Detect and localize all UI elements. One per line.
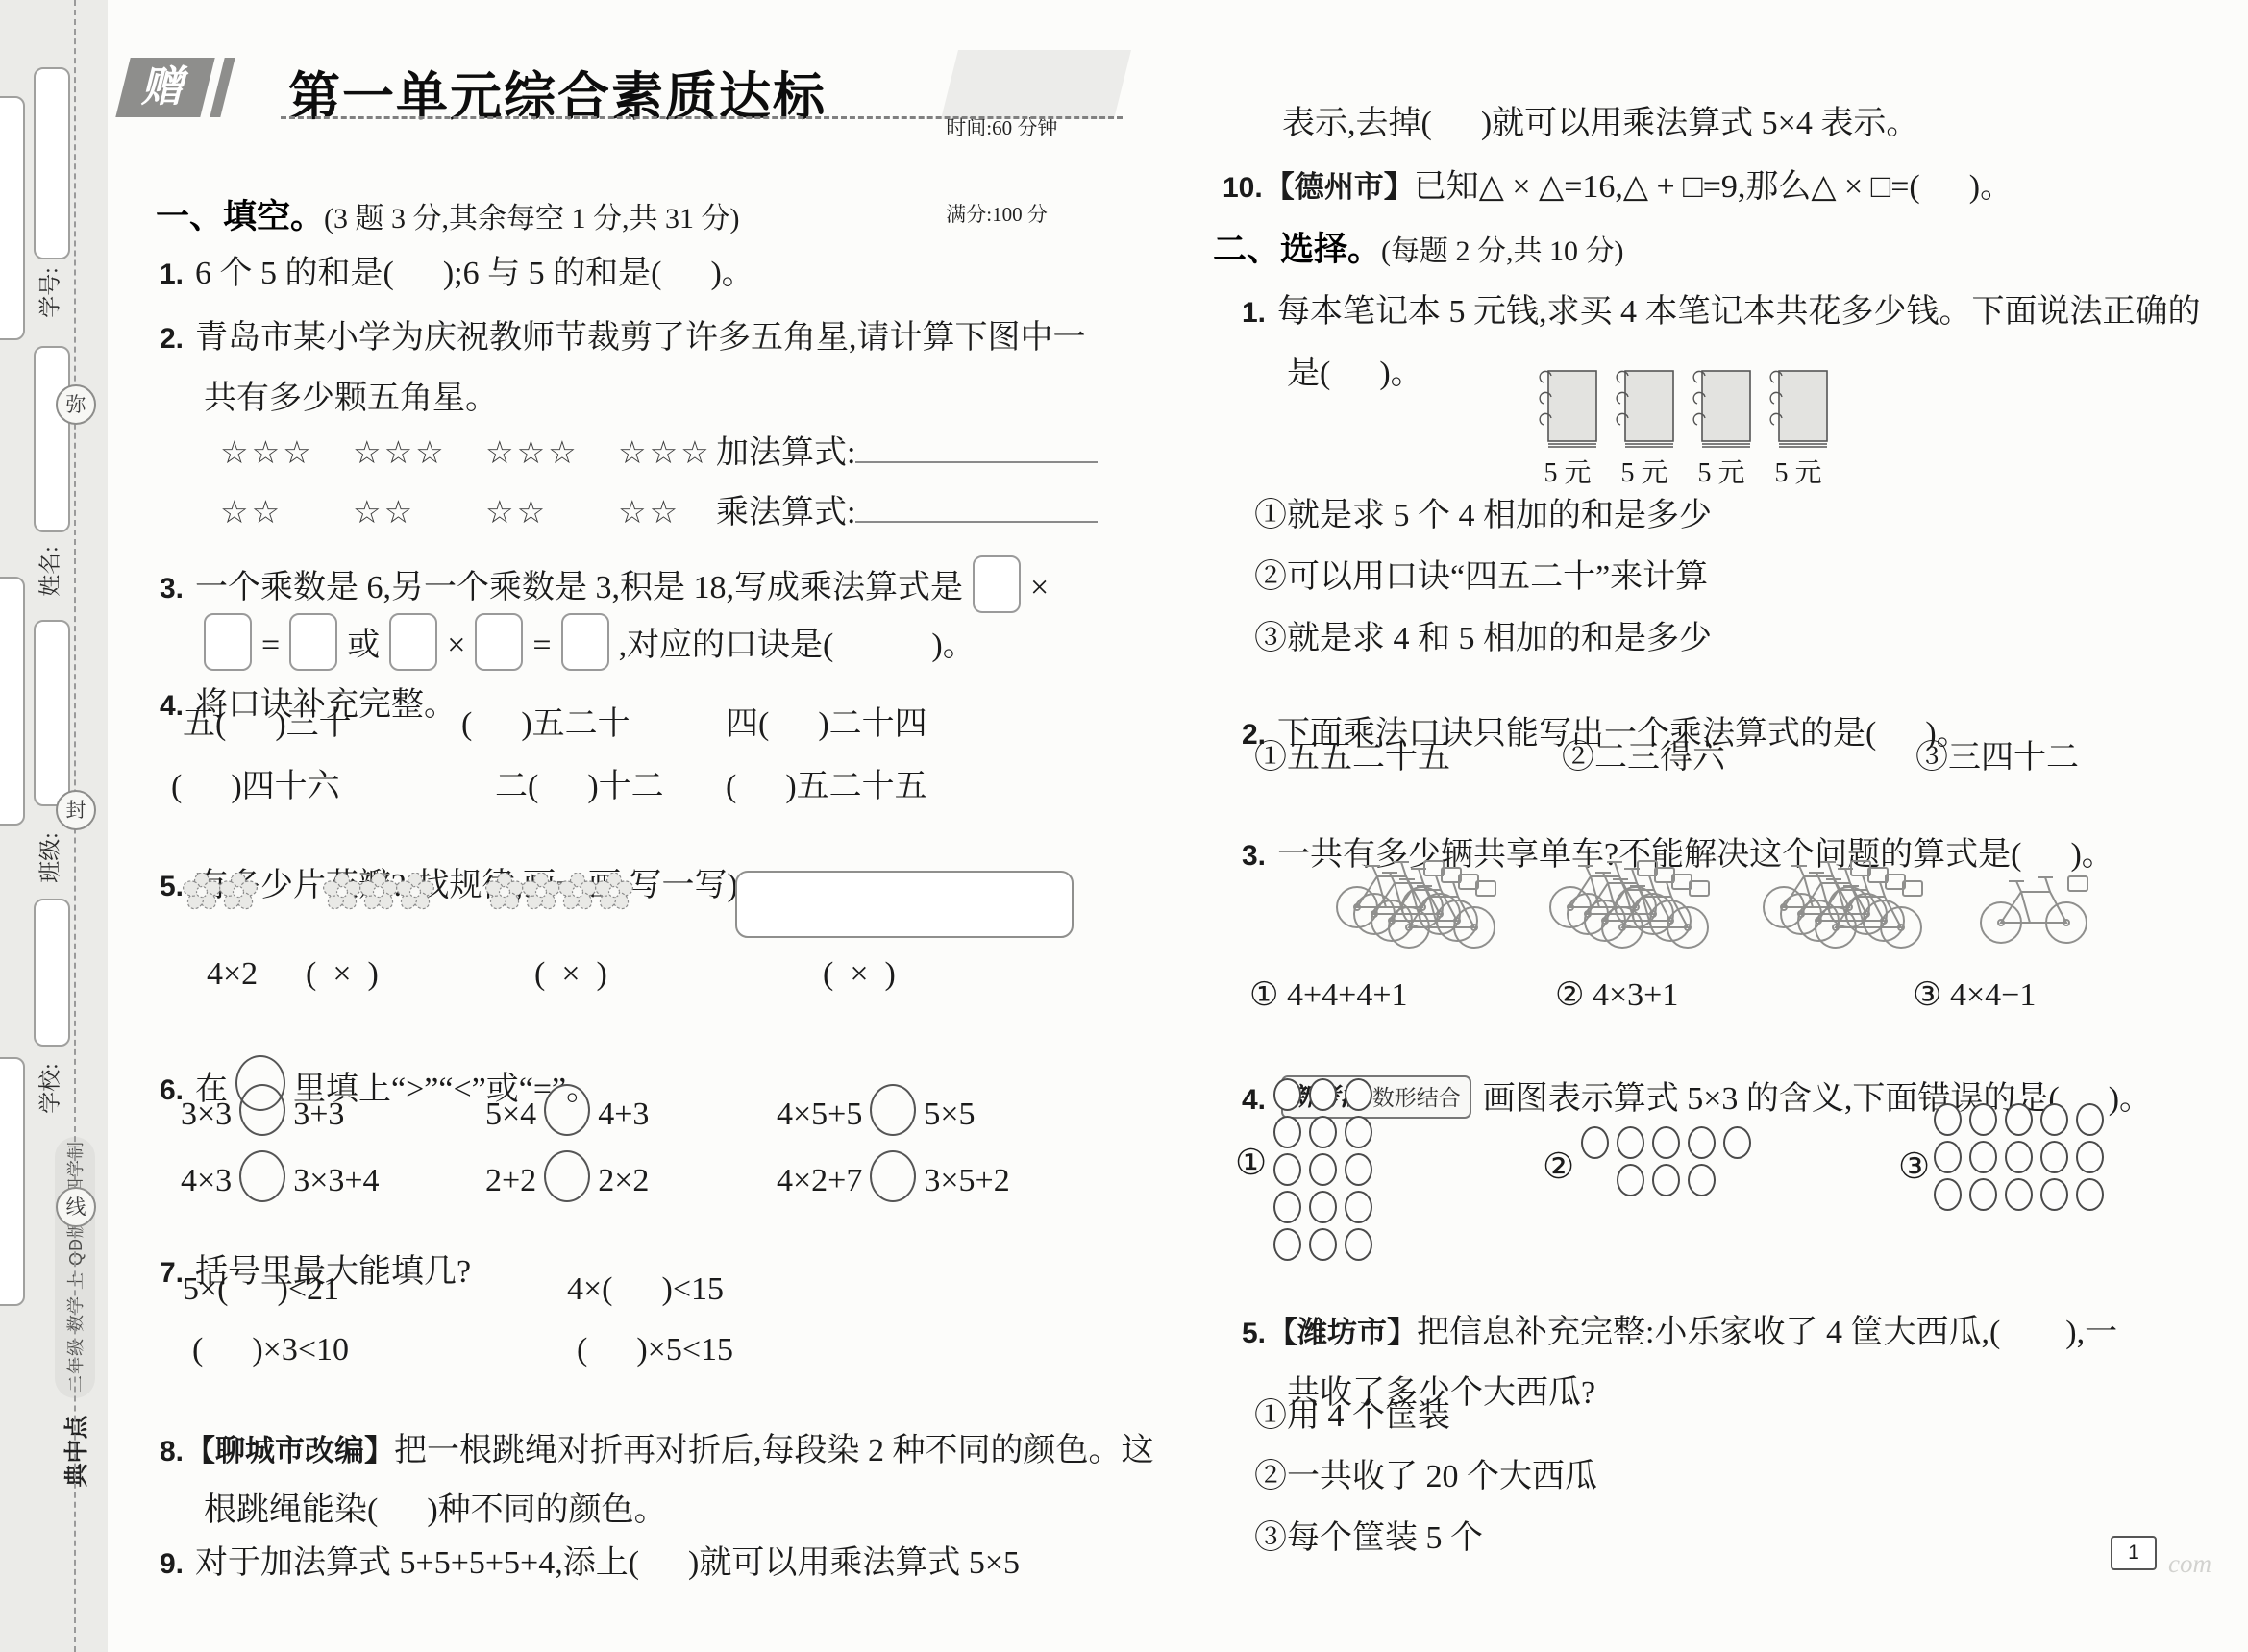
expr: 5×5 xyxy=(924,1097,975,1132)
q4-cell: ( )五二十 xyxy=(461,697,630,744)
times-sign: × xyxy=(1030,570,1049,605)
flower-icon xyxy=(595,873,633,911)
bicycle-icon xyxy=(1383,858,1500,952)
q-text: 对于加法算式 5+5+5+5+4,添上( )就可以用乘法算式 5×5 xyxy=(195,1545,1020,1581)
option-text: ③每个筐装 5 个 xyxy=(1254,1520,1483,1556)
flower-icon xyxy=(359,873,398,911)
counting-circle xyxy=(2040,1103,2068,1136)
q7-cell: ( )×3<10 xyxy=(192,1332,349,1368)
counting-circle xyxy=(1273,1191,1301,1223)
q4-cell: 四( )二十四 xyxy=(726,697,927,744)
margin-box xyxy=(0,577,25,826)
flower-group-4 xyxy=(485,873,631,916)
gift-badge-stripe xyxy=(210,58,235,117)
choice-q1-option: ②可以用口诀“四五二十”来计算 xyxy=(1254,550,1708,597)
notebook-icon xyxy=(1690,368,1753,449)
rhyme-blank: 五( )三十 xyxy=(183,706,352,742)
counting-circle xyxy=(2040,1141,2068,1173)
time-score-box: 时间:60 分钟 满分:100 分 xyxy=(941,50,1131,119)
price-label: 5 元 xyxy=(1765,452,1832,490)
expr: 4×5+5 xyxy=(777,1097,862,1132)
counting-circle xyxy=(1969,1178,1997,1211)
expr: 3×3 xyxy=(181,1097,232,1132)
formula: ( × ) xyxy=(306,956,379,992)
margin-box xyxy=(0,1057,25,1306)
answer-box xyxy=(973,555,1021,613)
counting-circle xyxy=(2005,1103,2033,1136)
q4-cell: 五( )三十 xyxy=(183,697,352,744)
counting-circle xyxy=(1273,1228,1301,1261)
rhyme-blank: 二( )十二 xyxy=(495,769,664,804)
answer-box xyxy=(561,613,609,671)
q-text: 有多少片花瓣?(找规律,画一画,写一写) xyxy=(195,868,738,903)
choice-q3-option: ③ 4×4−1 xyxy=(1913,975,2036,1014)
q7-cell: 4×( )<15 xyxy=(567,1271,724,1308)
answer-box xyxy=(475,613,523,671)
q4-cell: ( )四十六 xyxy=(171,759,340,806)
counting-circle xyxy=(1309,1078,1337,1111)
q6-cell: 4×33×3+4 xyxy=(181,1150,380,1202)
q6-cell: 5×44+3 xyxy=(485,1084,649,1136)
inequality: ( )×5<15 xyxy=(577,1332,733,1368)
counting-circle xyxy=(1309,1116,1337,1148)
formula: ( × ) xyxy=(534,956,607,992)
flower-icon xyxy=(522,873,560,911)
q4-cell: ( )五二十五 xyxy=(726,759,927,806)
binding-margin: 学号: 姓名: 班级: 学校: 二年级 数学 上 QD版 五四学制 典中点 xyxy=(0,0,108,1652)
counting-circle xyxy=(2076,1103,2104,1136)
bike-group xyxy=(1331,838,1516,963)
price-label: 5 元 xyxy=(1534,452,1601,490)
student-no-label: 学号: xyxy=(33,226,64,360)
counting-circle xyxy=(2076,1178,2104,1211)
counting-circle xyxy=(1617,1126,1644,1159)
q5-formula: ( × ) xyxy=(534,956,607,993)
q-number: 9. xyxy=(160,1548,184,1580)
bike-group xyxy=(1544,838,1729,963)
counting-circle xyxy=(1345,1228,1372,1261)
school-label: 学校: xyxy=(33,1022,64,1156)
counting-circle xyxy=(1273,1153,1301,1186)
diagram-label: ③ xyxy=(1898,1146,1930,1188)
notebook-item xyxy=(1766,368,1830,454)
comparison-blank-circle xyxy=(239,1150,285,1202)
choice-q1-line2: 是( )。 xyxy=(1254,309,1423,430)
counting-circle xyxy=(1617,1164,1644,1196)
q4-cell: 二( )十二 xyxy=(495,759,664,806)
notebook-item xyxy=(1613,368,1676,454)
rhyme-blank: ( )五二十 xyxy=(461,706,630,742)
choice-q3-option: ① 4+4+4+1 xyxy=(1249,975,1408,1014)
comparison-blank-circle xyxy=(544,1150,590,1202)
fill-q9: 9.对于加法算式 5+5+5+5+4,添上( )就可以用乘法算式 5×5 xyxy=(127,1499,1020,1619)
comparison-blank-circle xyxy=(239,1084,285,1136)
q5-formula: 4×2 xyxy=(207,956,258,993)
choice-q1-option: ①就是求 5 个 4 相加的和是多少 xyxy=(1254,488,1712,535)
option-text: ② 4×3+1 xyxy=(1555,977,1678,1013)
notebook-icon xyxy=(1536,368,1599,449)
option-text: ②二三得六 xyxy=(1562,740,1725,776)
notebook-icon xyxy=(1613,368,1676,449)
notebook-item xyxy=(1690,368,1753,454)
header-divider xyxy=(281,116,1123,119)
notebook-icon xyxy=(1766,368,1830,449)
formula: ( × ) xyxy=(823,956,896,992)
margin-box xyxy=(0,96,25,340)
counting-circle xyxy=(1934,1141,1962,1173)
q7-cell: ( )×5<15 xyxy=(577,1332,733,1368)
choice-q2-option: ③三四十二 xyxy=(1915,730,2079,777)
expr: 3×5+2 xyxy=(924,1163,1009,1198)
seal-char-xian: 线 xyxy=(56,1187,96,1227)
flower-group-3 xyxy=(323,873,432,916)
fill-q7: 7.括号里最大能填几? xyxy=(127,1208,471,1328)
diagram-label: ② xyxy=(1543,1146,1574,1188)
counting-circle xyxy=(1345,1191,1372,1223)
bicycle-icon xyxy=(1975,853,2092,948)
flower-icon xyxy=(396,873,434,911)
flower-icon xyxy=(485,873,524,911)
expr: 3×3+4 xyxy=(293,1163,379,1198)
circle-diagram-2 xyxy=(1581,1126,1751,1201)
counting-circle xyxy=(2005,1141,2033,1173)
choice-q2-option: ①五五二十五 xyxy=(1254,730,1450,777)
page-number: 1 xyxy=(2111,1536,2157,1570)
seal-char-mi: 弥 xyxy=(56,384,96,425)
counting-circle xyxy=(1652,1164,1680,1196)
q-number: 5. xyxy=(160,871,184,902)
class-box xyxy=(34,620,70,806)
counting-circle xyxy=(1934,1178,1962,1211)
counting-circle xyxy=(1723,1126,1751,1159)
expr: 4+3 xyxy=(598,1097,649,1132)
bike-group xyxy=(1758,838,1942,963)
expr: 4×2+7 xyxy=(777,1163,862,1198)
counting-circle xyxy=(1652,1126,1680,1159)
q6-cell: 4×2+73×5+2 xyxy=(777,1150,1010,1202)
expr: 2×2 xyxy=(598,1163,649,1198)
inequality: 4×( )<15 xyxy=(567,1271,724,1307)
q-text: ,对应的口诀是( )。 xyxy=(619,628,976,663)
answer-blank-line xyxy=(855,486,1098,523)
choice-q5-option: ②一共收了 20 个大西瓜 xyxy=(1254,1449,1597,1496)
circle-diagram-1 xyxy=(1273,1078,1372,1266)
option-text: ①用 4 个筐装 xyxy=(1254,1398,1450,1434)
inequality: ( )×3<10 xyxy=(192,1332,349,1368)
flower-group-2 xyxy=(183,873,256,916)
q-number: 4. xyxy=(1242,1084,1266,1116)
exam-sheet: 学号: 姓名: 班级: 学校: 二年级 数学 上 QD版 五四学制 典中点 弥 … xyxy=(0,0,2248,1652)
watermark: com xyxy=(2168,1549,2211,1579)
bicycle-icon xyxy=(1810,858,1927,952)
counting-circle xyxy=(1934,1103,1962,1136)
expr: 3+3 xyxy=(293,1097,344,1132)
comparison-blank-circle xyxy=(544,1084,590,1136)
choice-q5-option: ①用 4 个筐装 xyxy=(1254,1389,1450,1436)
choice-q3-option: ② 4×3+1 xyxy=(1555,975,1678,1014)
circle-diagram-3 xyxy=(1934,1103,2104,1216)
choice-q1-option: ③就是求 4 和 5 相加的和是多少 xyxy=(1254,611,1712,658)
bike-single xyxy=(1975,853,2160,978)
counting-circle xyxy=(1969,1103,1997,1136)
q5-formula: ( × ) xyxy=(306,956,379,993)
counting-circle xyxy=(2040,1178,2068,1211)
draw-answer-box xyxy=(735,871,1074,938)
counting-circle xyxy=(1309,1191,1337,1223)
q-number: 4. xyxy=(160,690,184,722)
option-text: ③三四十二 xyxy=(1915,740,2079,776)
flower-icon xyxy=(558,873,597,911)
option-text: ①就是求 5 个 4 相加的和是多少 xyxy=(1254,498,1712,533)
choice-q5-option: ③每个筐装 5 个 xyxy=(1254,1511,1483,1558)
expr: 4×3 xyxy=(181,1163,232,1198)
inequality: 5×( )<21 xyxy=(183,1271,339,1307)
counting-circle xyxy=(1345,1078,1372,1111)
flower-icon xyxy=(183,873,221,911)
flower-icon xyxy=(219,873,258,911)
counting-circle xyxy=(1581,1126,1609,1159)
gift-badge: 赠 xyxy=(115,58,214,117)
q-number: 7. xyxy=(160,1257,184,1289)
counting-circle xyxy=(1688,1126,1716,1159)
diagram-label: ① xyxy=(1235,1142,1267,1184)
bicycle-icon xyxy=(1596,858,1714,952)
rhyme-blank: ( )五二十五 xyxy=(726,769,927,804)
counting-circle xyxy=(1273,1116,1301,1148)
counting-circle xyxy=(2076,1141,2104,1173)
option-text: ②一共收了 20 个大西瓜 xyxy=(1254,1459,1597,1494)
q6-cell: 4×5+55×5 xyxy=(777,1084,976,1136)
equals-sign: = xyxy=(532,628,551,663)
counting-circle xyxy=(2005,1178,2033,1211)
formula: 4×2 xyxy=(207,956,258,992)
counting-circle xyxy=(1309,1153,1337,1186)
rhyme-blank: 四( )二十四 xyxy=(726,706,927,742)
rhyme-blank: ( )四十六 xyxy=(171,769,340,804)
notebook-item xyxy=(1536,368,1599,454)
expr: 2+2 xyxy=(485,1163,536,1198)
option-text: ③ 4×4−1 xyxy=(1913,977,2036,1013)
choice-q2-option: ②二三得六 xyxy=(1562,730,1725,777)
q5-formula: ( × ) xyxy=(823,956,896,993)
expr: 5×4 xyxy=(485,1097,536,1132)
price-label: 5 元 xyxy=(1611,452,1678,490)
comparison-blank-circle xyxy=(870,1084,916,1136)
option-text: ②可以用口诀“四五二十”来计算 xyxy=(1254,559,1708,595)
counting-circle xyxy=(1688,1164,1716,1196)
badge-sub: ·数形结合 xyxy=(1365,1086,1461,1110)
q-number: 3. xyxy=(1242,840,1266,872)
q7-cell: 5×( )<21 xyxy=(183,1271,339,1308)
score-label: 满分:100 分 xyxy=(946,200,1090,229)
q-text: 是( )。 xyxy=(1287,356,1423,391)
q6-cell: 2+22×2 xyxy=(485,1150,649,1202)
flower-icon xyxy=(323,873,361,911)
q6-cell: 3×33+3 xyxy=(181,1084,344,1136)
option-text: ①五五二十五 xyxy=(1254,740,1450,776)
name-label: 姓名: xyxy=(33,505,64,639)
counting-circle xyxy=(1309,1228,1337,1261)
option-text: ③就是求 4 和 5 相加的和是多少 xyxy=(1254,621,1712,656)
counting-circle xyxy=(1345,1153,1372,1186)
comparison-blank-circle xyxy=(870,1150,916,1202)
option-text: ① 4+4+4+1 xyxy=(1249,977,1408,1013)
counting-circle xyxy=(1273,1078,1301,1111)
counting-circle xyxy=(1345,1116,1372,1148)
price-label: 5 元 xyxy=(1688,452,1755,490)
seal-char-feng: 封 xyxy=(56,790,96,830)
counting-circle xyxy=(1969,1141,1997,1173)
